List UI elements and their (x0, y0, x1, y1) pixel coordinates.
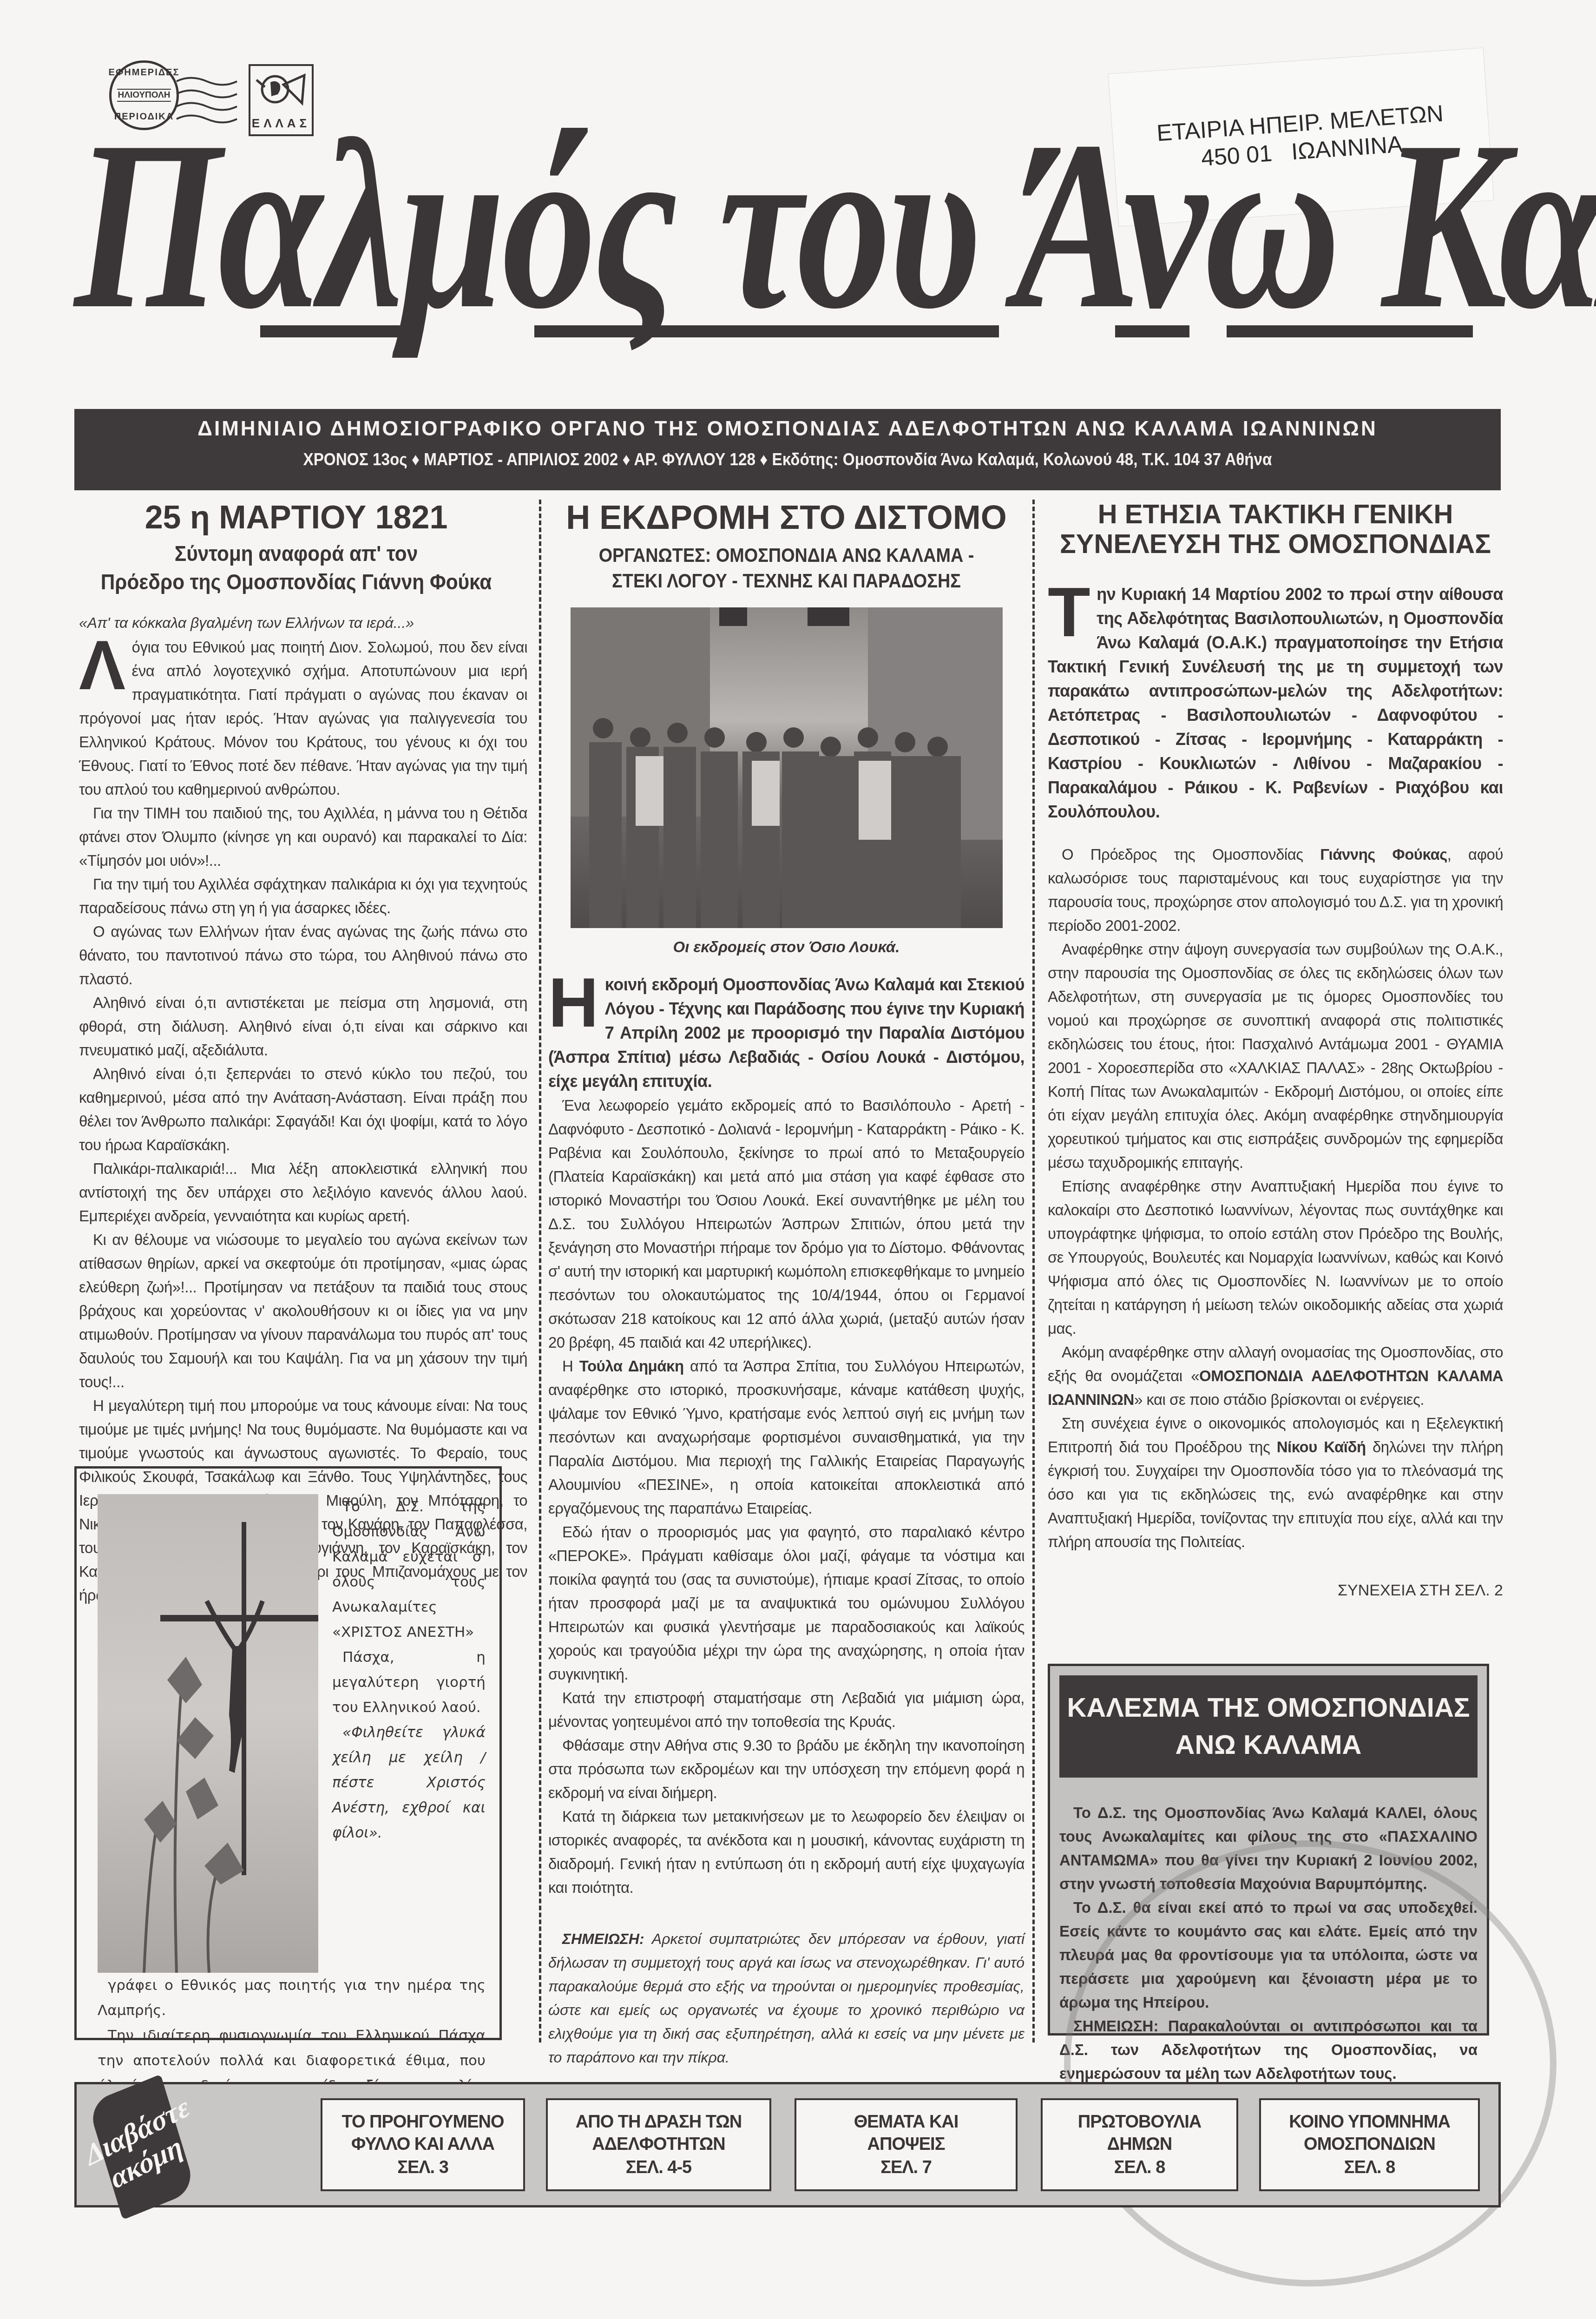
item-title-line-2: ΔΗΜΩΝ (1107, 2133, 1172, 2155)
paragraph: Ο Πρόεδρος της Ομοσπονδίας Γιάννης Φούκα… (1048, 843, 1503, 937)
note-label: ΣΗΜΕΙΩΣΗ: (548, 1930, 644, 1947)
article-subheadline-1: Σύντομη αναφορά απ' τον (88, 539, 505, 567)
read-more-item-topics-views[interactable]: ΘΕΜΑΤΑ ΚΑΙ ΑΠΟΨΕΙΣ ΣΕΛ. 7 (795, 2098, 1018, 2191)
article-subheadline-1: ΟΡΓΑΝΩΤΕΣ: ΟΜΟΣΠΟΝΔΙΑ ΑΝΩ ΚΑΛΑΜΑ - (572, 543, 1001, 568)
paragraph: Η Τούλα Δημάκη από τα Άσπρα Σπίτια, του … (548, 1354, 1025, 1520)
paragraph: Επίσης αναφέρθηκε στην Αναπτυξιακή Ημερί… (1048, 1174, 1503, 1340)
item-page: ΣΕΛ. 8 (1114, 2156, 1165, 2179)
group-photo-osios-loukas (571, 607, 1003, 928)
continued-on-page-link[interactable]: ΣΥΝΕΧΕΙΑ ΣΤΗ ΣΕΛ. 2 (1048, 1581, 1503, 1600)
read-more-item-joint-memorandum[interactable]: ΚΟΙΝΟ ΥΠΟΜΝΗΜΑ ΟΜΟΣΠΟΝΔΙΩΝ ΣΕΛ. 8 (1259, 2098, 1480, 2191)
title-underline-1 (260, 325, 418, 337)
item-page: ΣΕΛ. 3 (397, 2156, 448, 2179)
article-distomo-trip: Η ΕΚΔΡΟΜΗ ΣΤΟ ΔΙΣΤΟΜΟ ΟΡΓΑΝΩΤΕΣ: ΟΜΟΣΠΟΝ… (548, 500, 1025, 2069)
paragraph: Αληθινό είναι ό,τι αντιστέκεται με πείσμ… (79, 991, 527, 1062)
item-page: ΣΕΛ. 7 (880, 2156, 932, 2179)
note-text: Αρκετοί συμπατριώτες δεν μπόρεσαν να έρθ… (548, 1930, 1025, 2066)
paragraph: Στη συνέχεια έγινε ο οικονομικός απολογι… (1048, 1411, 1503, 1554)
item-page: ΣΕΛ. 4-5 (626, 2156, 692, 2179)
paragraph: Για την τιμή του Αχιλλέα σφάχτηκαν παλικ… (79, 872, 527, 920)
masthead-banner: ΔΙΜΗΝΙΑΙΟ ΔΗΜΟΣΙΟΓΡΑΦΙΚΟ ΟΡΓΑΝΟ ΤΗΣ ΟΜΟΣ… (74, 409, 1501, 490)
invitation-header: ΚΑΛΕΣΜΑ ΤΗΣ ΟΜΟΣΠΟΝΔΙΑΣ ΑΝΩ ΚΑΛΑΜΑ (1059, 1675, 1478, 1778)
read-more-item-brotherhoods[interactable]: ΑΠΟ ΤΗ ΔΡΑΣΗ ΤΩΝ ΑΔΕΛΦΟΤΗΤΩΝ ΣΕΛ. 4-5 (546, 2098, 771, 2191)
item-title-line-1: ΤΟ ΠΡΟΗΓΟΥΜΕΝΟ (342, 2111, 504, 2133)
paragraph: Το Δ.Σ. της Ομοσπονδίας Άνω Καλαμά ΚΑΛΕΙ… (1059, 1801, 1478, 1896)
poem-quote: «Απ' τα κόκκαλα βγαλμένη των Ελλήνων τα … (65, 614, 527, 632)
paragraph: Ακόμη αναφέρθηκε στην αλλαγή ονομασίας τ… (1048, 1340, 1503, 1411)
text: από τα Άσπρα Σπίτια, του Συλλόγου Ηπειρω… (548, 1357, 1025, 1517)
article-subheadline-2: ΣΤΕΚΙ ΛΟΓΟΥ - ΤΕΧΝΗΣ ΚΑΙ ΠΑΡΑΔΟΣΗΣ (572, 568, 1001, 594)
issue-info: ΧΡΟΝΟΣ 13ος ♦ ΜΑΡΤΙΟΣ - ΑΠΡΙΛΙΟΣ 2002 ♦ … (146, 441, 1430, 469)
item-title-line-2: ΦΥΛΛΟ ΚΑΙ ΑΛΛΑ (351, 2133, 494, 2155)
column-divider-1 (539, 500, 541, 2042)
photo-caption: Οι εκδρομείς στον Όσιο Λουκά. (548, 938, 1025, 956)
paragraph: Φθάσαμε στην Αθήνα στις 9.30 το βράδυ με… (548, 1733, 1025, 1805)
stamp-top-text: ΕΦΗΜΕΡΙΔΕΣ (109, 67, 180, 78)
title-underline-3 (1115, 325, 1189, 337)
article-headline: 25 η ΜΑΡΤΙΟΥ 1821 (65, 500, 527, 535)
item-title-line-1: ΚΟΙΝΟ ΥΠΟΜΝΗΜΑ (1289, 2111, 1450, 2133)
dropcap-letter: Λ (79, 637, 125, 693)
article-body: Λ όγια του Εθνικού μας ποιητή Διον. Σολω… (65, 635, 527, 1607)
invitation-title-1: ΚΑΛΕΣΜΑ ΤΗΣ ΟΜΟΣΠΟΝΔΙΑΣ (1064, 1689, 1473, 1726)
paragraph: Κατά την επιστροφή σταματήσαμε στη Λεβαδ… (548, 1686, 1025, 1733)
text: » και σε ποιο στάδιο βρίσκονται οι ενέργ… (1134, 1391, 1424, 1408)
article-body: Η κοινή εκδρομή Ομοσπονδίας Άνω Καλαμά κ… (548, 973, 1025, 1899)
federation-invitation-box: ΚΑΛΕΣΜΑ ΤΗΣ ΟΜΟΣΠΟΝΔΙΑΣ ΑΝΩ ΚΑΛΑΜΑ Το Δ.… (1048, 1664, 1489, 2036)
easter-greeting-box: Το Δ.Σ. της Ομοσπονδίας Άνω Καλαμά εύχετ… (74, 1466, 502, 2040)
item-title-line-2: ΑΠΟΨΕΙΣ (867, 2133, 945, 2155)
paragraph: Κι αν θέλουμε να νιώσουμε το μεγαλείο το… (79, 1228, 527, 1394)
group-photo-image (571, 607, 1003, 928)
read-more-item-previous-issue[interactable]: ΤΟ ΠΡΟΗΓΟΥΜΕΝΟ ΦΥΛΛΟ ΚΑΙ ΑΛΛΑ ΣΕΛ. 3 (321, 2098, 525, 2191)
paragraph: Για την ΤΙΜΗ του παιδιού της, του Αχιλλέ… (79, 801, 527, 872)
paragraph: ΣΗΜΕΙΩΣΗ: Παρακαλούνται οι αντιπρόσωποι … (1059, 2014, 1478, 2085)
person-name: Γιάννης Φούκας (1320, 846, 1447, 863)
person-name: Τούλα Δημάκη (579, 1357, 684, 1375)
item-title-line-1: ΠΡΩΤΟΒΟΥΛΙΑ (1078, 2111, 1202, 2133)
item-title-line-1: ΘΕΜΑΤΑ ΚΑΙ (854, 2111, 959, 2133)
greeting-paragraph: γράφει ο Εθνικός μας ποιητής για την ημέ… (98, 1973, 486, 2023)
paragraph: Αληθινό είναι ό,τι ξεπερνάει το στενό κύ… (79, 1062, 527, 1157)
item-title-line-2: ΟΜΟΣΠΟΝΔΙΩΝ (1304, 2133, 1435, 2155)
paragraph: Το Δ.Σ. θα είναι εκεί από το πρωί να σας… (1059, 1896, 1478, 2014)
paragraph: Ένα λεωφορείο γεμάτο εκδρομείς από το Βα… (548, 1094, 1025, 1354)
paragraph: Αναφέρθηκε στην άψογη συνεργασία των συμ… (1048, 937, 1503, 1174)
crucifix-flowers-image (98, 1494, 318, 1973)
masthead-subtitle: ΔΙΜΗΝΙΑΙΟ ΔΗΜΟΣΙΟΓΡΑΦΙΚΟ ΟΡΓΑΝΟ ΤΗΣ ΟΜΟΣ… (74, 409, 1501, 441)
column-divider-2 (1032, 500, 1035, 2042)
paragraph: Παλικάρι-παλικαριά!... Μια λέξη αποκλεισ… (79, 1157, 527, 1228)
invitation-title-2: ΑΝΩ ΚΑΛΑΜΑ (1064, 1726, 1473, 1764)
item-title-line-2: ΑΔΕΛΦΟΤΗΤΩΝ (592, 2133, 725, 2155)
article-headline-2: ΣΥΝΕΛΕΥΣΗ ΤΗΣ ΟΜΟΣΠΟΝΔΙΑΣ (1048, 529, 1503, 559)
invitation-body: Το Δ.Σ. της Ομοσπονδίας Άνω Καλαμά ΚΑΛΕΙ… (1059, 1801, 1478, 2085)
paragraph: Κατά τη διάρκεια των μετακινήσεων με το … (548, 1805, 1025, 1899)
dropcap-letter: Τ (1048, 584, 1090, 640)
title-underline-4 (1227, 325, 1473, 337)
article-march-25: 25 η ΜΑΡΤΙΟΥ 1821 Σύντομη αναφορά απ' το… (65, 500, 527, 1607)
trip-note: ΣΗΜΕΙΩΣΗ: Αρκετοί συμπατριώτες δεν μπόρε… (548, 1927, 1025, 2069)
dropcap-letter: Η (548, 975, 598, 1030)
item-title-line-1: ΑΠΟ ΤΗ ΔΡΑΣΗ ΤΩΝ (576, 2111, 742, 2133)
paragraph: Ο αγώνας των Ελλήνων ήταν ένας αγώνας τη… (79, 920, 527, 991)
text: Η (562, 1357, 579, 1375)
title-underline-2 (534, 325, 999, 337)
article-general-assembly: Η ΕΤΗΣΙΑ ΤΑΚΤΙΚΗ ΓΕΝΙΚΗ ΣΥΝΕΛΕΥΣΗ ΤΗΣ ΟΜ… (1048, 500, 1503, 1600)
crucifix-icon (98, 1494, 318, 1973)
article-body: Τ ην Κυριακή 14 Μαρτίου 2002 το πρωί στη… (1048, 582, 1503, 1554)
paragraph: Εδώ ήταν ο προορισμός μας για φαγητό, στ… (548, 1520, 1025, 1686)
item-page: ΣΕΛ. 8 (1344, 2156, 1395, 2179)
article-lead: κοινή εκδρομή Ομοσπονδίας Άνω Καλαμά και… (548, 973, 1025, 1094)
paragraph: όγια του Εθνικού μας ποιητή Διον. Σολωμο… (79, 635, 527, 801)
article-headline: Η ΕΚΔΡΟΜΗ ΣΤΟ ΔΙΣΤΟΜΟ (548, 500, 1025, 536)
article-lead: ην Κυριακή 14 Μαρτίου 2002 το πρωί στην … (1048, 582, 1503, 824)
person-name: Νίκου Καϊδή (1277, 1438, 1366, 1456)
read-more-item-municipal-initiative[interactable]: ΠΡΩΤΟΒΟΥΛΙΑ ΔΗΜΩΝ ΣΕΛ. 8 (1041, 2098, 1238, 2191)
text: Ο Πρόεδρος της Ομοσπονδίας (1062, 846, 1320, 863)
article-subheadline-2: Πρόεδρο της Ομοσπονδίας Γιάννη Φούκα (88, 567, 505, 596)
article-headline-1: Η ΕΤΗΣΙΑ ΤΑΚΤΙΚΗ ΓΕΝΙΚΗ (1048, 500, 1503, 529)
